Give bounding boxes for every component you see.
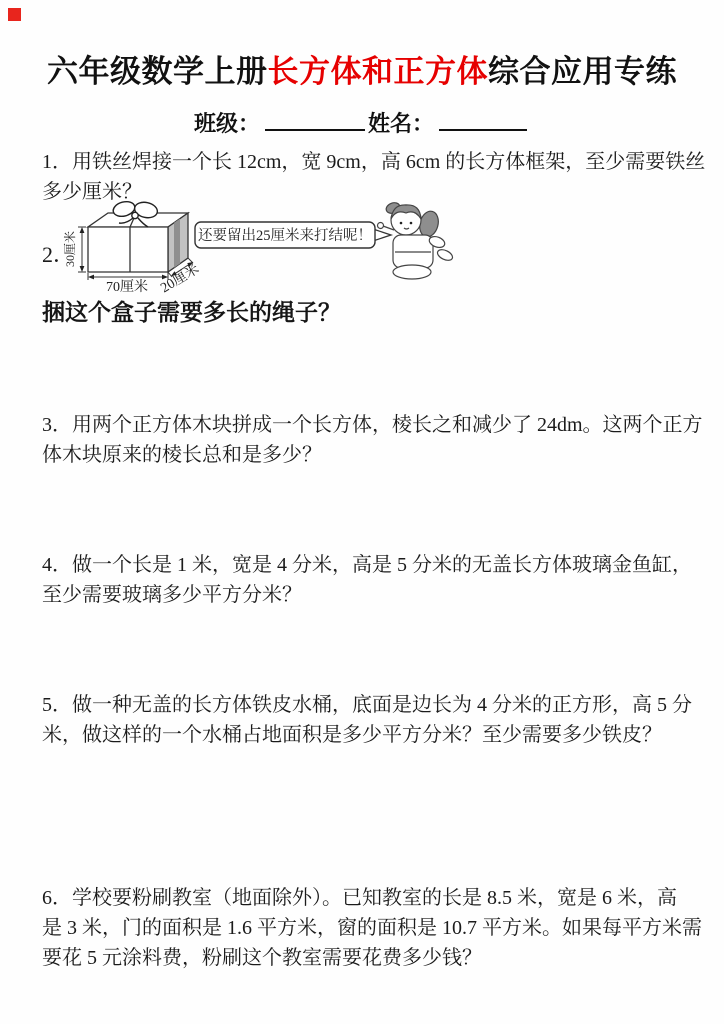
problem-6-line2: 是 3 米，门的面积是 1.6 平方米，窗的面积是 10.7 平方米。如果每平方… xyxy=(42,913,692,943)
problem-1: 1．用铁丝焊接一个长 12cm，宽 9cm，高 6cm 的长方体框架，至少需要铁… xyxy=(42,147,692,207)
worksheet-page: 六年级数学上册长方体和正方体综合应用专练 班级：姓名： 1．用铁丝焊接一个长 1… xyxy=(0,0,724,1024)
problem-4: 4．做一个长是 1 米，宽是 4 分米，高是 5 分米的无盖长方体玻璃金鱼缸， … xyxy=(42,550,692,610)
problem-1-line1: 1．用铁丝焊接一个长 12cm，宽 9cm，高 6cm 的长方体框架，至少需要铁… xyxy=(42,147,692,177)
class-label: 班级： xyxy=(194,111,260,136)
title-highlight: 长方体和正方体 xyxy=(268,54,489,89)
problem-2-figure: 30厘米 70厘米 20厘米 还要留出25厘米来打结呢！ xyxy=(60,200,460,294)
problem-4-line1: 4．做一个长是 1 米，宽是 4 分米，高是 5 分米的无盖长方体玻璃金鱼缸， xyxy=(42,550,692,580)
gift-box-illustration xyxy=(88,213,188,272)
problem-6-line1: 6．学校要粉刷教室（地面除外）。已知教室的长是 8.5 米，宽是 6 米，高 xyxy=(42,883,692,913)
height-dimension xyxy=(78,227,86,272)
title-prefix: 六年级数学上册 xyxy=(47,54,268,89)
corner-marker xyxy=(8,8,21,21)
page-title: 六年级数学上册长方体和正方体综合应用专练 xyxy=(0,46,724,91)
problem-2-question: 捆这个盒子需要多长的绳子？ xyxy=(42,294,341,327)
problem-5: 5．做一种无盖的长方体铁皮水桶，底面是边长为 4 分米的正方形，高 5 分 米，… xyxy=(42,690,692,750)
problem-3: 3．用两个正方体木块拼成一个长方体，棱长之和减少了 24dm。这两个正方 体木块… xyxy=(42,410,692,470)
problem-4-line2: 至少需要玻璃多少平方分米？ xyxy=(42,580,692,610)
speech-bubble: 还要留出25厘米来打结呢！ xyxy=(195,222,391,248)
box-length-label: 70厘米 xyxy=(106,278,148,294)
problem-5-line2: 米，做这样的一个水桶占地面积是多少平方分米？至少需要多少铁皮？ xyxy=(42,720,692,750)
problem-5-line1: 5．做一种无盖的长方体铁皮水桶，底面是边长为 4 分米的正方形，高 5 分 xyxy=(42,690,692,720)
girl-cartoon xyxy=(378,201,455,279)
problem-6: 6．学校要粉刷教室（地面除外）。已知教室的长是 8.5 米，宽是 6 米，高 是… xyxy=(42,883,692,973)
class-blank xyxy=(265,107,365,131)
problem-3-line2: 体木块原来的棱长总和是多少？ xyxy=(42,440,692,470)
length-dimension xyxy=(88,273,168,280)
header-fields: 班级：姓名： xyxy=(0,107,724,138)
speech-bubble-text: 还要留出25厘米来打结呢！ xyxy=(198,227,372,244)
problem-3-line1: 3．用两个正方体木块拼成一个长方体，棱长之和减少了 24dm。这两个正方 xyxy=(42,410,692,440)
name-blank xyxy=(439,107,527,131)
box-height-label: 30厘米 xyxy=(62,231,77,267)
name-label: 姓名： xyxy=(368,111,434,136)
problem-6-line3: 要花 5 元涂料费，粉刷这个教室需要花费多少钱？ xyxy=(42,943,692,973)
title-suffix: 综合应用专练 xyxy=(488,54,677,89)
